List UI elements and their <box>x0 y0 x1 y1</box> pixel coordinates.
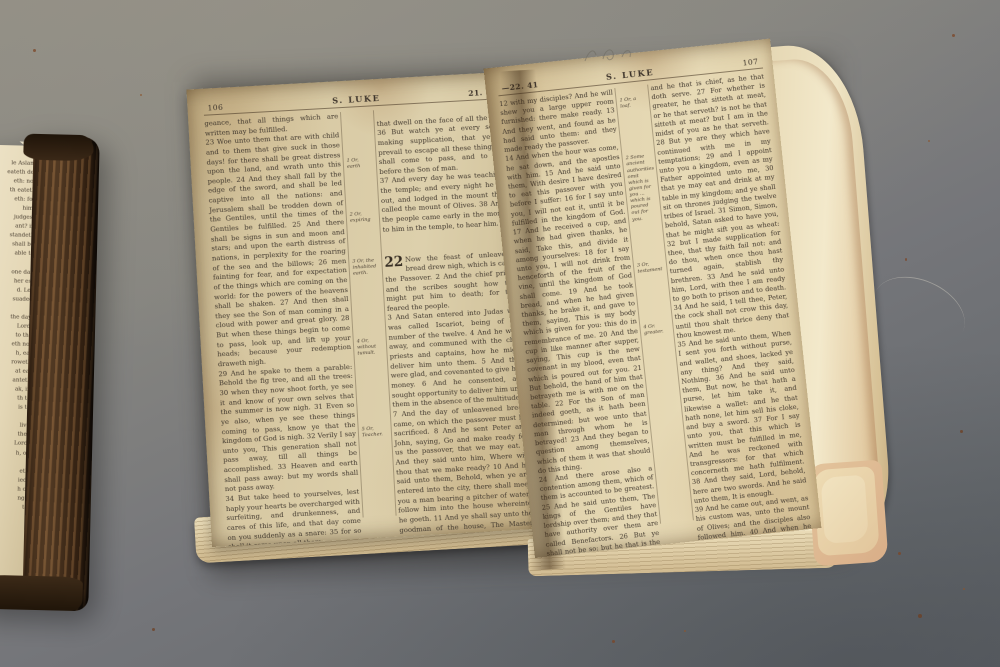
rust-speck <box>928 140 930 142</box>
small-book: le Aslant eateth de- eth: not th eateth … <box>0 134 112 611</box>
margin-note: 1 Or, earth <box>347 156 374 170</box>
rust-speck <box>33 49 36 52</box>
rust-speck <box>960 430 963 433</box>
rust-speck <box>898 552 901 555</box>
chapter-number-22: 22 <box>384 256 403 269</box>
open-bible: 106 S. LUKE 21. 22— geance, that all thi… <box>183 36 893 581</box>
margin-note: 3 Or, the inhabited earth. <box>352 257 379 277</box>
small-book-spine <box>22 136 100 611</box>
rust-speck <box>918 614 922 618</box>
right-verse-ref: —22. 41 <box>501 79 546 93</box>
right-page: —22. 41 S. LUKE 107 12 with my disciples… <box>484 39 822 558</box>
margin-note: 1 Or, a loaf. <box>619 95 646 110</box>
left-page-body: geance, that all things which are writte… <box>204 103 532 525</box>
margin-note: 5 Or, Teacher. <box>362 425 389 439</box>
margin-note: 4 Gr. greater. <box>643 322 670 337</box>
rust-speck <box>152 628 155 631</box>
rust-speck <box>612 640 615 643</box>
right-page-body: 12 with my disciples? And he will shew y… <box>499 72 809 535</box>
small-book-cover-top <box>23 134 94 162</box>
rust-speck <box>963 588 965 590</box>
margin-note: 3 Or, testament <box>637 260 664 275</box>
small-book-cover-bottom <box>0 574 83 611</box>
rust-speck <box>952 34 955 37</box>
margin-note: 4 Or, without tumult. <box>357 337 384 357</box>
rust-speck <box>905 258 907 261</box>
right-page-number: 107 <box>714 57 759 71</box>
rust-speck <box>140 94 142 96</box>
page-corner-layer <box>820 475 868 544</box>
margin-note: 2 Or, expiring <box>350 211 377 225</box>
stray-fiber <box>862 263 976 361</box>
left-page-number: 106 <box>207 101 251 112</box>
rust-speck <box>684 630 686 632</box>
left-column-1: geance, that all things which are writte… <box>204 112 360 525</box>
photo-scene: le Aslant eateth de- eth: not th eateth … <box>0 0 1000 667</box>
pencil-marks <box>581 42 643 68</box>
margin-note: 2 Some ancient authorities omit which is… <box>625 153 658 223</box>
